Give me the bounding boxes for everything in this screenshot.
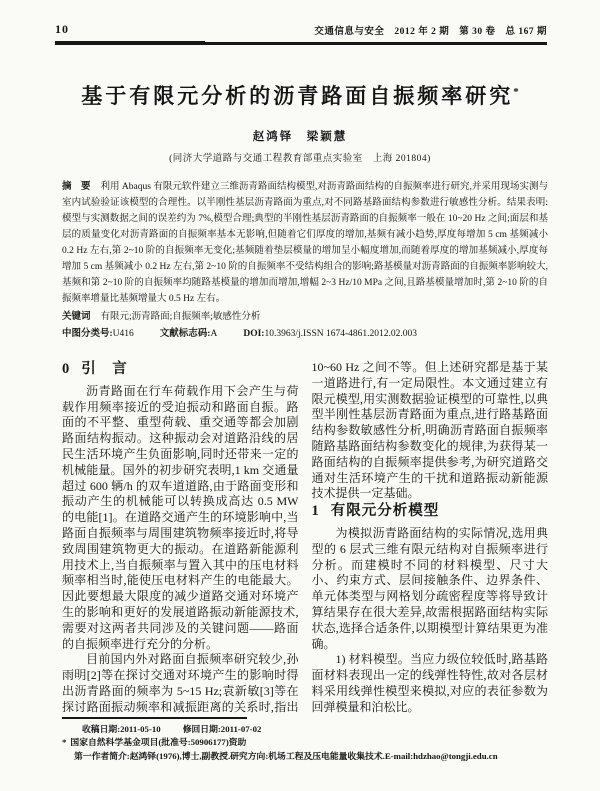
funding-marker: * xyxy=(62,737,66,747)
footnote-rule xyxy=(62,717,247,719)
author-bio-line: 第一作者简介:赵鸿铎(1976),博士,副教授.研究方向:机场工程及压电能量收集… xyxy=(62,750,548,764)
abstract-paragraph: 摘 要利用 Abaqus 有限元软件建立三维沥青路面结构模型,对沥青路面结构的自… xyxy=(62,179,548,307)
left-paragraph-2: 目前国内外对路面自振频率研究较少,孙雨明[2]等在探讨交通对环境产生的影响时得出… xyxy=(62,652,299,714)
section-1-number: 1 xyxy=(312,503,319,519)
funding-line: *国家自然科学基金项目(批准号:50906177)资助 xyxy=(62,736,548,750)
abstract-label: 摘 要 xyxy=(62,182,91,192)
doi-value: 10.3963/j.ISSN 1674-4861.2012.02.003 xyxy=(264,329,417,339)
dates-line: 收稿日期:2011-05-10修回日期:2011-07-02 xyxy=(62,723,548,737)
header-rule-thick-segment xyxy=(55,41,205,45)
footnote-area: 收稿日期:2011-05-10修回日期:2011-07-02 *国家自然科学基金… xyxy=(62,717,548,763)
clc-value: U416 xyxy=(113,329,134,339)
doi-label: DOI: xyxy=(243,329,264,339)
received-date: 收稿日期:2011-05-10 xyxy=(82,724,161,734)
scanned-paper-page: 10 交通信息与安全 2012 年 2 期 第 30 卷 总 167 期 基于有… xyxy=(0,0,600,791)
right-paragraph-1: 为模拟沥青路面结构的实际情况,选用典型的 6 层式三维有限元结构对自振频率进行分… xyxy=(312,526,549,652)
left-paragraph-1: 沥青路面在行车荷载作用下会产生与荷载作用频率接近的受迫振动和路面自振。路面的不平… xyxy=(62,384,299,653)
section-0-title: 引 言 xyxy=(81,361,128,377)
funding-text: 国家自然科学基金项目(批准号:50906177)资助 xyxy=(70,737,246,747)
section-1-title: 有限元分析模型 xyxy=(331,503,440,519)
abstract-block: 摘 要利用 Abaqus 有限元软件建立三维沥青路面结构模型,对沥青路面结构的自… xyxy=(62,179,548,342)
body-columns: 0引 言 沥青路面在行车荷载作用下会产生与荷载作用频率接近的受迫振动和路面自振。… xyxy=(62,360,548,714)
section-heading-1: 1有限元分析模型 xyxy=(312,504,549,520)
affiliation: (同济大学道路与交通工程教育部重点实验室 上海 201804) xyxy=(0,150,600,164)
right-column: 10~60 Hz 之间不等。但上述研究都是基于某一道路进行,有一定局限性。本文通… xyxy=(312,360,549,714)
doc-code-value: A xyxy=(210,329,217,339)
section-0-number: 0 xyxy=(62,361,69,377)
classification-line: 中图分类号:U416文献标志码:ADOI:10.3963/j.ISSN 1674… xyxy=(62,326,548,342)
page-number: 10 xyxy=(55,22,69,37)
authors: 赵鸿铎 梁颖慧 xyxy=(0,128,600,144)
keywords-text: 有限元;沥青路面;自振频率;敏感性分析 xyxy=(101,312,261,322)
journal-header-info: 交通信息与安全 2012 年 2 期 第 30 卷 总 167 期 xyxy=(314,23,547,37)
right-paragraph-2: 1) 材料模型。当应力级位较低时,路基路面材料表现出一定的线弹性特性,故对各层材… xyxy=(312,652,549,714)
section-heading-0: 0引 言 xyxy=(62,362,299,378)
keywords-line: 关键词有限元;沥青路面;自振频率;敏感性分析 xyxy=(62,309,548,325)
abstract-text: 利用 Abaqus 有限元软件建立三维沥青路面结构模型,对沥青路面结构的自振频率… xyxy=(62,182,548,304)
doc-code-label: 文献标志码: xyxy=(160,329,211,339)
paper-title-text: 基于有限元分析的沥青路面自振频率研究 xyxy=(81,84,513,108)
left-column: 0引 言 沥青路面在行车荷载作用下会产生与荷载作用频率接近的受迫振动和路面自振。… xyxy=(62,360,299,714)
paper-title: 基于有限元分析的沥青路面自振频率研究* xyxy=(0,80,600,110)
clc-label: 中图分类号: xyxy=(62,329,113,339)
right-paragraph-continued: 10~60 Hz 之间不等。但上述研究都是基于某一道路进行,有一定局限性。本文通… xyxy=(312,360,549,502)
page-header: 10 交通信息与安全 2012 年 2 期 第 30 卷 总 167 期 xyxy=(55,22,547,37)
revised-date: 修回日期:2011-07-02 xyxy=(183,724,262,734)
keywords-label: 关键词 xyxy=(62,312,91,322)
title-footnote-marker: * xyxy=(513,86,519,98)
